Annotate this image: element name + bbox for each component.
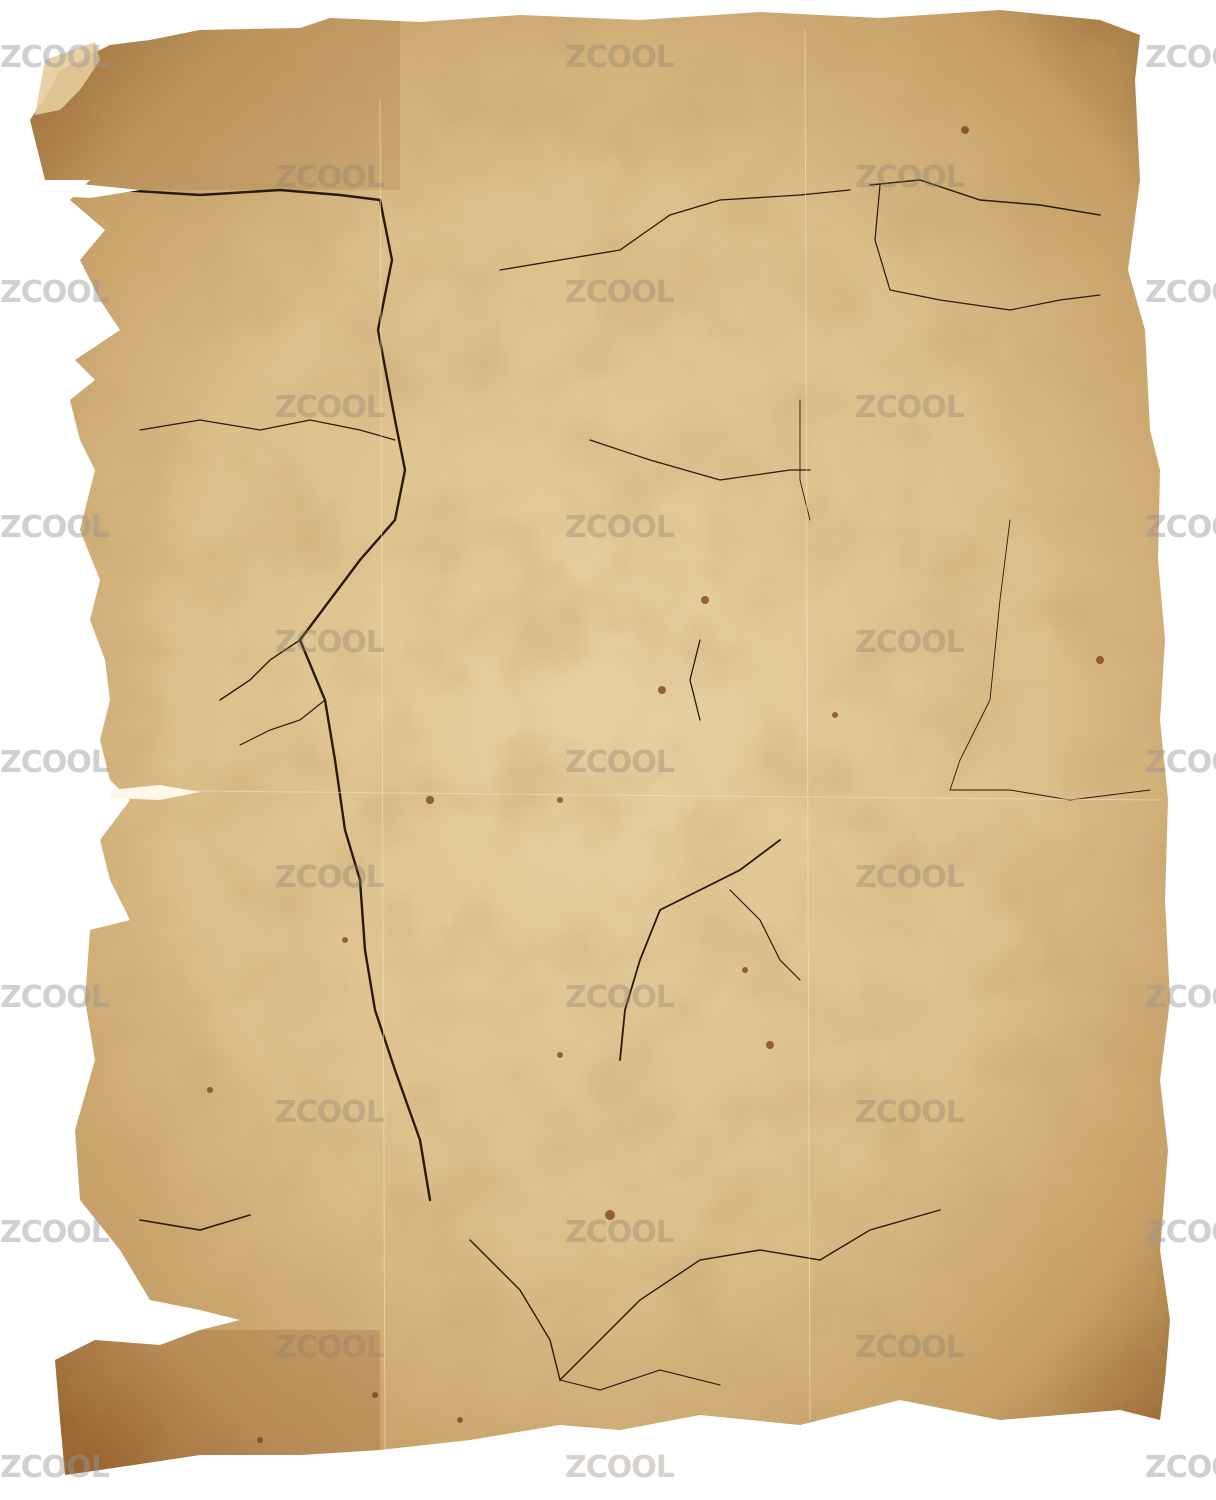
zcool-watermark: ZCOOL — [855, 860, 964, 895]
zcool-watermark: ZCOOL — [855, 1330, 964, 1365]
zcool-watermark: ZCOOL — [1145, 275, 1216, 310]
zcool-watermark: ZCOOL — [565, 40, 674, 75]
zcool-watermark: ZCOOL — [0, 745, 109, 780]
zcool-watermark: ZCOOL — [0, 275, 109, 310]
zcool-watermark: ZCOOL — [275, 1095, 384, 1130]
zcool-watermark: ZCOOL — [565, 1215, 674, 1250]
zcool-watermark: ZCOOL — [1145, 40, 1216, 75]
zcool-watermark: ZCOOL — [565, 510, 674, 545]
zcool-watermark: ZCOOL — [0, 980, 109, 1015]
zcool-watermark: ZCOOL — [565, 1450, 674, 1485]
zcool-watermark: ZCOOL — [0, 40, 109, 75]
zcool-watermark: ZCOOL — [565, 980, 674, 1015]
zcool-watermark: ZCOOL — [0, 1215, 109, 1250]
zcool-watermark: ZCOOL — [855, 390, 964, 425]
zcool-watermark: ZCOOL — [1145, 980, 1216, 1015]
zcool-watermark: ZCOOL — [0, 1450, 109, 1485]
zcool-watermark: ZCOOL — [275, 160, 384, 195]
zcool-watermark: ZCOOL — [855, 1095, 964, 1130]
zcool-watermark: ZCOOL — [275, 860, 384, 895]
zcool-watermark: ZCOOL — [565, 275, 674, 310]
zcool-watermark: ZCOOL — [1145, 510, 1216, 545]
zcool-watermark: ZCOOL — [275, 1330, 384, 1365]
zcool-watermark: ZCOOL — [855, 625, 964, 660]
zcool-watermark: ZCOOL — [0, 510, 109, 545]
parchment-photo: ZCOOLZCOOLZCOOLZCOOLZCOOLZCOOLZCOOLZCOOL… — [0, 0, 1216, 1500]
zcool-watermark: ZCOOL — [1145, 745, 1216, 780]
zcool-watermark: ZCOOL — [1145, 1450, 1216, 1485]
zcool-watermark: ZCOOL — [275, 625, 384, 660]
zcool-watermark: ZCOOL — [855, 160, 964, 195]
zcool-watermark: ZCOOL — [565, 745, 674, 780]
zcool-watermark: ZCOOL — [1145, 1215, 1216, 1250]
zcool-watermark: ZCOOL — [275, 390, 384, 425]
